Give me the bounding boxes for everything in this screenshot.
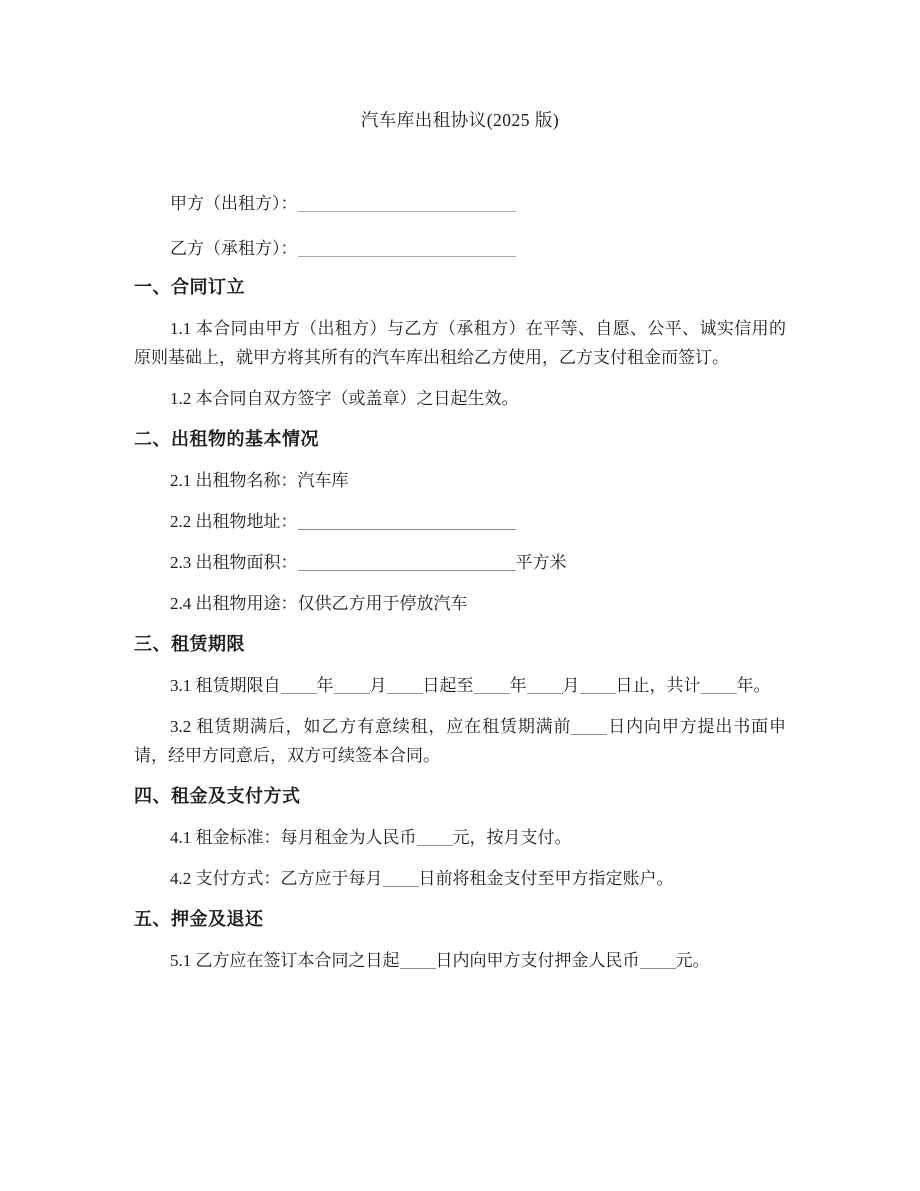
section-heading-5: 五、押金及退还 [134, 905, 786, 934]
party-a-fill-blank [298, 195, 516, 212]
start-day-fill-blank [387, 677, 423, 694]
clause-3-1: 3.1 租赁期限自年月日起至年月日止，共计年。 [134, 671, 786, 700]
clause-segment: 1.1 本合同由甲方（出租方）与乙方（承租方）在平等、自愿、公平、诚实信用的原则… [134, 319, 786, 367]
party-a-row: 甲方（出租方）： [134, 189, 786, 218]
deposit-days-fill-blank [400, 952, 436, 969]
clause-3-2: 3.2 租赁期满后，如乙方有意续租，应在租赁期满前日内向甲方提出书面申请，经甲方… [134, 712, 786, 770]
clause-segment: 2.4 出租物用途：仅供乙方用于停放汽车 [170, 594, 468, 613]
party-a-label: 甲方（出租方）： [170, 194, 298, 213]
area-fill-blank [298, 554, 516, 571]
clause-segment: 日前将租金支付至甲方指定账户。 [419, 869, 674, 888]
clause-2-2: 2.2 出租物地址： [134, 507, 786, 536]
clause-segment: 3.1 租赁期限自 [170, 676, 281, 695]
start-month-fill-blank [334, 677, 370, 694]
clause-segment: 元。 [676, 951, 710, 970]
clause-segment: 元，按月支付。 [453, 828, 572, 847]
deposit-amount-fill-blank [640, 952, 676, 969]
clause-segment: 年 [510, 676, 527, 695]
section-heading-3: 三、租赁期限 [134, 630, 786, 659]
party-b-label: 乙方（承租方）： [170, 239, 298, 258]
section-heading-1: 一、合同订立 [134, 273, 786, 302]
clause-segment: 日起至 [423, 676, 474, 695]
clause-segment: 4.1 租金标准：每月租金为人民币 [170, 828, 417, 847]
document-title: 汽车库出租协议(2025 版) [134, 106, 786, 135]
clause-segment: 3.2 租赁期满后，如乙方有意续租，应在租赁期满前 [170, 717, 571, 736]
clause-1-1: 1.1 本合同由甲方（出租方）与乙方（承租方）在平等、自愿、公平、诚实信用的原则… [134, 314, 786, 372]
clause-segment: 年。 [737, 676, 771, 695]
clause-segment: 2.1 出租物名称：汽车库 [170, 471, 349, 490]
clause-2-1: 2.1 出租物名称：汽车库 [134, 466, 786, 495]
clause-2-4: 2.4 出租物用途：仅供乙方用于停放汽车 [134, 589, 786, 618]
pay-day-fill-blank [383, 870, 419, 887]
clause-5-1: 5.1 乙方应在签订本合同之日起日内向甲方支付押金人民币元。 [134, 946, 786, 975]
document-page: 汽车库出租协议(2025 版) 甲方（出租方）： 乙方（承租方）： 一、合同订立… [0, 0, 920, 1191]
party-b-row: 乙方（承租方）： [134, 234, 786, 263]
clause-segment: 4.2 支付方式：乙方应于每月 [170, 869, 383, 888]
clause-4-1: 4.1 租金标准：每月租金为人民币元，按月支付。 [134, 823, 786, 852]
end-month-fill-blank [527, 677, 563, 694]
clause-4-2: 4.2 支付方式：乙方应于每月日前将租金支付至甲方指定账户。 [134, 864, 786, 893]
clause-segment: 2.3 出租物面积： [170, 553, 298, 572]
clause-segment: 2.2 出租物地址： [170, 512, 298, 531]
address-fill-blank [298, 513, 516, 530]
clause-segment: 日内向甲方支付押金人民币 [436, 951, 640, 970]
clause-segment: 5.1 乙方应在签订本合同之日起 [170, 951, 400, 970]
clause-segment: 年 [317, 676, 334, 695]
clause-segment: 平方米 [516, 553, 567, 572]
end-day-fill-blank [580, 677, 616, 694]
rent-amount-fill-blank [417, 829, 453, 846]
start-year-fill-blank [281, 677, 317, 694]
party-b-fill-blank [298, 240, 516, 257]
clause-1-2: 1.2 本合同自双方签字（或盖章）之日起生效。 [134, 384, 786, 413]
clause-segment: 日止，共计 [616, 676, 701, 695]
total-years-fill-blank [701, 677, 737, 694]
clause-2-3: 2.3 出租物面积：平方米 [134, 548, 786, 577]
renewal-days-fill-blank [571, 718, 607, 735]
clause-segment: 月 [563, 676, 580, 695]
section-heading-2: 二、出租物的基本情况 [134, 425, 786, 454]
end-year-fill-blank [474, 677, 510, 694]
clause-segment: 1.2 本合同自双方签字（或盖章）之日起生效。 [170, 389, 519, 408]
clause-segment: 月 [370, 676, 387, 695]
section-heading-4: 四、租金及支付方式 [134, 782, 786, 811]
